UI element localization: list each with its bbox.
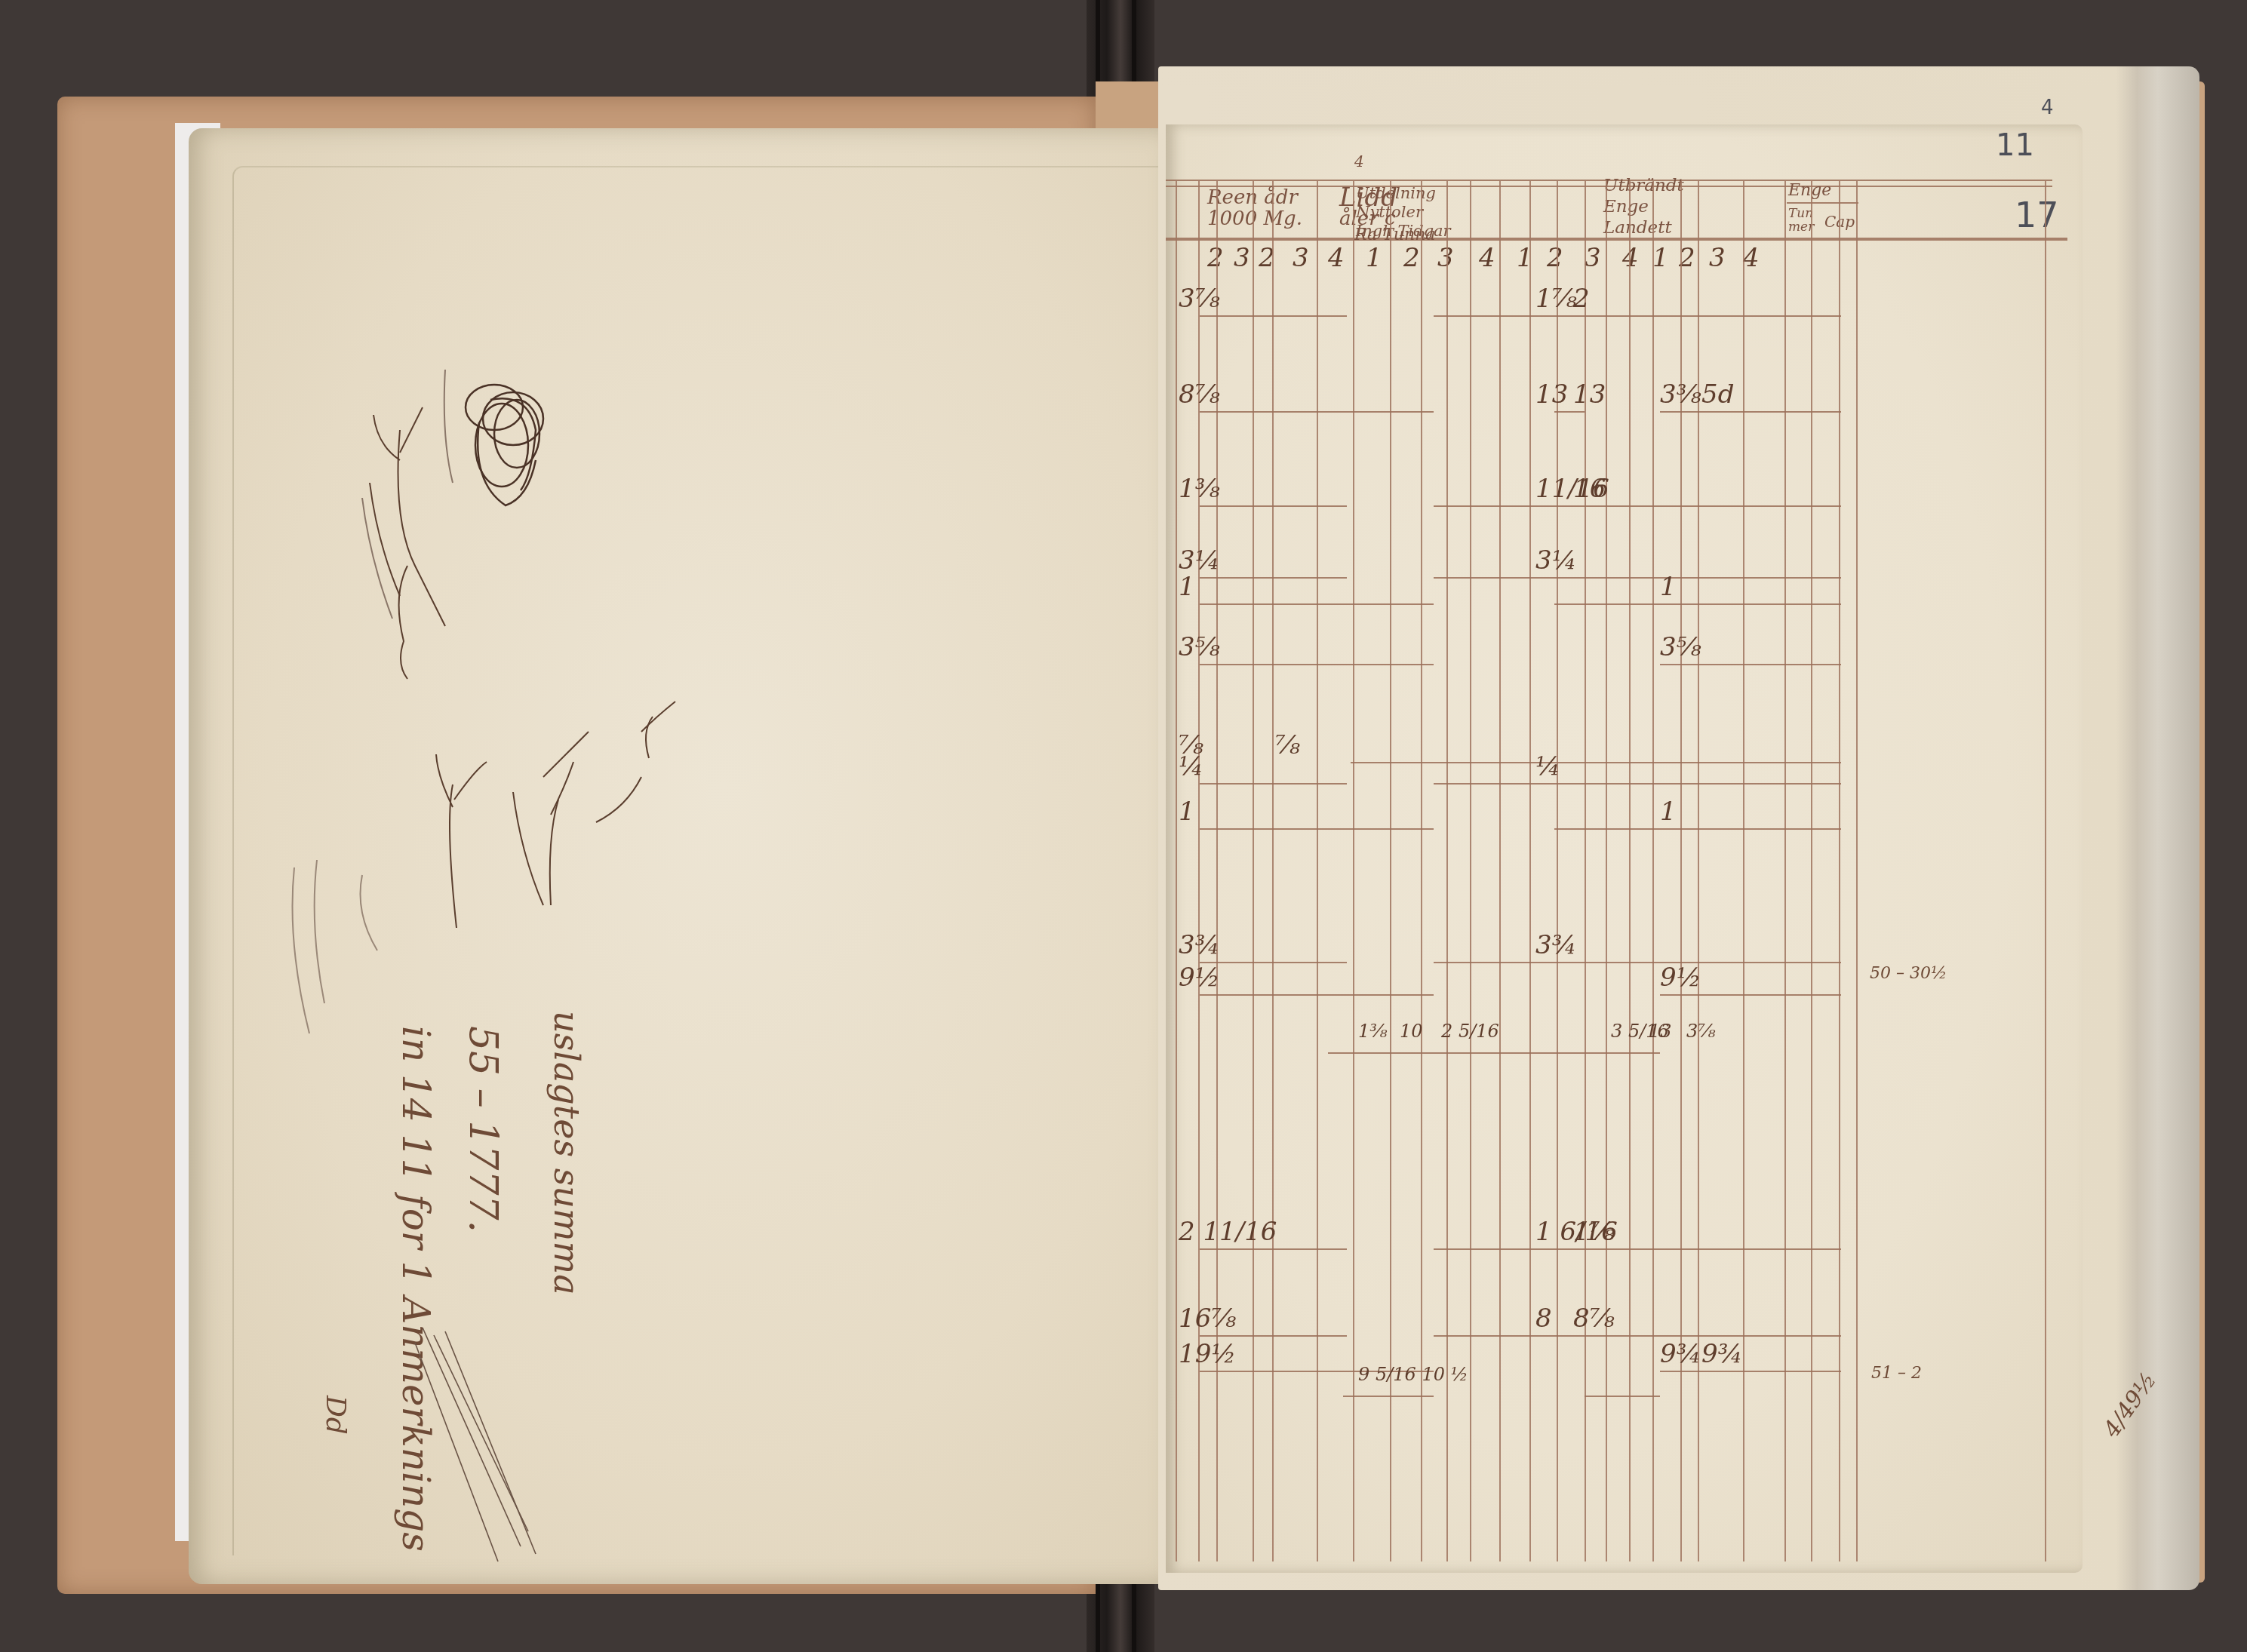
column-ruling xyxy=(1839,181,1840,1561)
row-ruling xyxy=(1328,1052,1660,1054)
right-page xyxy=(1166,124,2083,1573)
row-ruling xyxy=(1200,315,1347,317)
column-group-header-6-clean: Enge xyxy=(1788,181,1831,201)
ledger-cell: 9½ xyxy=(1660,963,1701,993)
row-ruling xyxy=(1200,962,1347,963)
ledger-cell: 9¾ xyxy=(1660,1339,1701,1369)
ink-scribble-icon xyxy=(460,377,551,520)
ledger-cell: 2 11/16 xyxy=(1179,1217,1277,1247)
folio-number-top: 11 xyxy=(1996,128,2034,163)
row-ruling xyxy=(1343,1396,1434,1397)
ledger-cell: ¼ xyxy=(1179,751,1203,781)
row-ruling xyxy=(1200,603,1434,605)
subcolumn-number: 3 xyxy=(1709,243,1726,273)
ledger-cell: 3⅝ xyxy=(1660,632,1701,662)
ledger-cell: 1 xyxy=(1660,572,1677,602)
column-ruling xyxy=(1856,181,1858,1561)
subcolumn-number: 2 xyxy=(1207,243,1224,273)
ledger-cell: 19½ xyxy=(1179,1339,1236,1369)
folio-number-17: 17 xyxy=(2015,195,2059,235)
ledger-cell: 9 5/16 10 ½ xyxy=(1358,1364,1468,1385)
column-ruling xyxy=(1499,181,1501,1561)
row-ruling xyxy=(1200,1335,1347,1337)
subcolumn-number: 2 xyxy=(1547,243,1563,273)
row-ruling xyxy=(1585,1396,1660,1397)
ledger-cell: 1⅞ xyxy=(1573,1217,1615,1247)
column-group-header-4-clean: Utbrändt Enge Landett xyxy=(1603,175,1684,238)
row-ruling xyxy=(1200,577,1347,579)
rotated-note-4: Dd xyxy=(320,1396,351,1435)
row-ruling xyxy=(1351,762,1841,763)
subcolumn-number: 1 xyxy=(1652,243,1669,273)
ledger-cell: 3⅜ xyxy=(1660,379,1701,410)
ledger-cell: ⅞ xyxy=(1275,730,1300,760)
subcolumn-number: 4 xyxy=(1479,243,1495,273)
row-ruling xyxy=(1434,962,1841,963)
ledger-cell: 3⅞ xyxy=(1686,1021,1716,1042)
column-ruling xyxy=(1652,181,1654,1561)
ledger-cell: 2 5/16 xyxy=(1441,1021,1499,1042)
ledger-cell: 2 xyxy=(1573,284,1590,314)
row-ruling xyxy=(1660,994,1841,996)
subcolumn-number: 3 xyxy=(1437,243,1454,273)
ledger-cell: ¼ xyxy=(1535,751,1560,781)
ledger-cell: 9½ xyxy=(1179,963,1220,993)
row-ruling xyxy=(1200,994,1434,996)
row-ruling xyxy=(1660,1371,1841,1372)
ledger-cell: 1 xyxy=(1179,572,1195,602)
row-ruling xyxy=(1434,315,1841,317)
row-ruling xyxy=(1554,603,1841,605)
column-ruling xyxy=(2045,181,2046,1561)
column-ruling xyxy=(1606,181,1607,1561)
ledger-cell: 3¾ xyxy=(1535,930,1577,960)
column-group-header-1: Reen ådr 1000 Mg. xyxy=(1207,187,1302,229)
column-ruling xyxy=(1811,181,1812,1561)
column-ruling xyxy=(1353,181,1354,1561)
ledger-cell: 16⅞ xyxy=(1179,1303,1236,1334)
ledger-cell: 1⅜ xyxy=(1358,1021,1388,1042)
row-ruling xyxy=(1434,783,1841,785)
ledger-cell: 1 xyxy=(1660,797,1677,827)
column-ruling xyxy=(1253,181,1254,1561)
row-ruling xyxy=(1660,664,1841,665)
ledger-cell: 3⅞ xyxy=(1179,284,1220,314)
ledger-cell: 13 xyxy=(1573,379,1606,410)
ledger-cell: 1⅜ xyxy=(1179,474,1220,504)
ledger-cell: 13 xyxy=(1535,379,1568,410)
row-ruling xyxy=(1554,828,1841,830)
ledger-cell: 5d xyxy=(1701,379,1734,410)
row-ruling xyxy=(1200,664,1434,665)
column-ruling xyxy=(1421,181,1422,1561)
ledger-cell: 1⅞ xyxy=(1535,284,1577,314)
column-ruling xyxy=(1629,181,1631,1561)
row-ruling xyxy=(1200,505,1347,507)
ledger-cell: 8 xyxy=(1535,1303,1552,1334)
column-ruling xyxy=(1529,181,1531,1561)
margin-note-1: 50 – 30½ xyxy=(1870,964,1947,983)
column-ruling xyxy=(1446,181,1448,1561)
row-ruling xyxy=(1554,411,1585,413)
subcolumn-number: 3 xyxy=(1293,243,1309,273)
row-ruling xyxy=(1434,505,1841,507)
row-ruling xyxy=(1434,1248,1841,1250)
ledger-cell: 8⅞ xyxy=(1573,1303,1615,1334)
subcolumn-number: 3 xyxy=(1234,243,1250,273)
stroke-sketch-icon xyxy=(272,852,407,1049)
rotated-note-1: uslagtes summa xyxy=(546,1011,587,1295)
row-ruling xyxy=(1434,1335,1841,1337)
column-ruling xyxy=(1470,181,1471,1561)
row-ruling xyxy=(1660,411,1841,413)
column-ruling xyxy=(1272,181,1274,1561)
ledger-cell: 3¼ xyxy=(1179,545,1220,576)
row-ruling xyxy=(1200,1248,1347,1250)
row-ruling xyxy=(1200,411,1434,413)
ledger-cell: 10 xyxy=(1400,1021,1423,1042)
ledger-cell: 3¾ xyxy=(1179,930,1220,960)
subcolumn-number: 3 xyxy=(1585,243,1601,273)
ledger-cell: 16 xyxy=(1573,474,1606,504)
subcolumn-number: 2 xyxy=(1403,243,1420,273)
column-group-header-3b: 4 xyxy=(1354,151,1364,172)
column-ruling xyxy=(1317,181,1318,1561)
ledger-cell: 3¼ xyxy=(1535,545,1577,576)
subcolumn-number: 1 xyxy=(1366,243,1382,273)
ledger-cell: 13 xyxy=(1649,1021,1672,1042)
margin-note-2: 51 – 2 xyxy=(1871,1364,1922,1383)
column-group-header-3-clean: Utdelning Nyttoler Ingh Tidgar xyxy=(1356,184,1451,241)
row-ruling xyxy=(1200,828,1434,830)
column-ruling xyxy=(1176,181,1177,1561)
subcolumn-number: 4 xyxy=(1743,243,1760,273)
rotated-note-2: 55 – 1777. xyxy=(460,1026,506,1233)
ledger-cell: 9¾ xyxy=(1701,1339,1743,1369)
pen-strokes-icon xyxy=(407,1320,543,1569)
column-ruling xyxy=(1743,181,1744,1561)
column-ruling xyxy=(1390,181,1391,1561)
branch-sketch-icon xyxy=(355,370,460,686)
left-page: uslagtes summa 55 – 1777. in 14 11 for 1… xyxy=(189,128,1162,1584)
subcolumn-number: 4 xyxy=(1328,243,1345,273)
ledger-cell: 8⅞ xyxy=(1179,379,1220,410)
ledger-cell: 3⅝ xyxy=(1179,632,1220,662)
row-ruling xyxy=(1434,577,1841,579)
ledger-cell: 1 xyxy=(1179,797,1195,827)
folio-mark-small: 4 xyxy=(2041,97,2054,119)
column-ruling xyxy=(1784,181,1786,1561)
branch-sketch-2-icon xyxy=(415,686,687,935)
row-ruling xyxy=(1200,783,1347,785)
